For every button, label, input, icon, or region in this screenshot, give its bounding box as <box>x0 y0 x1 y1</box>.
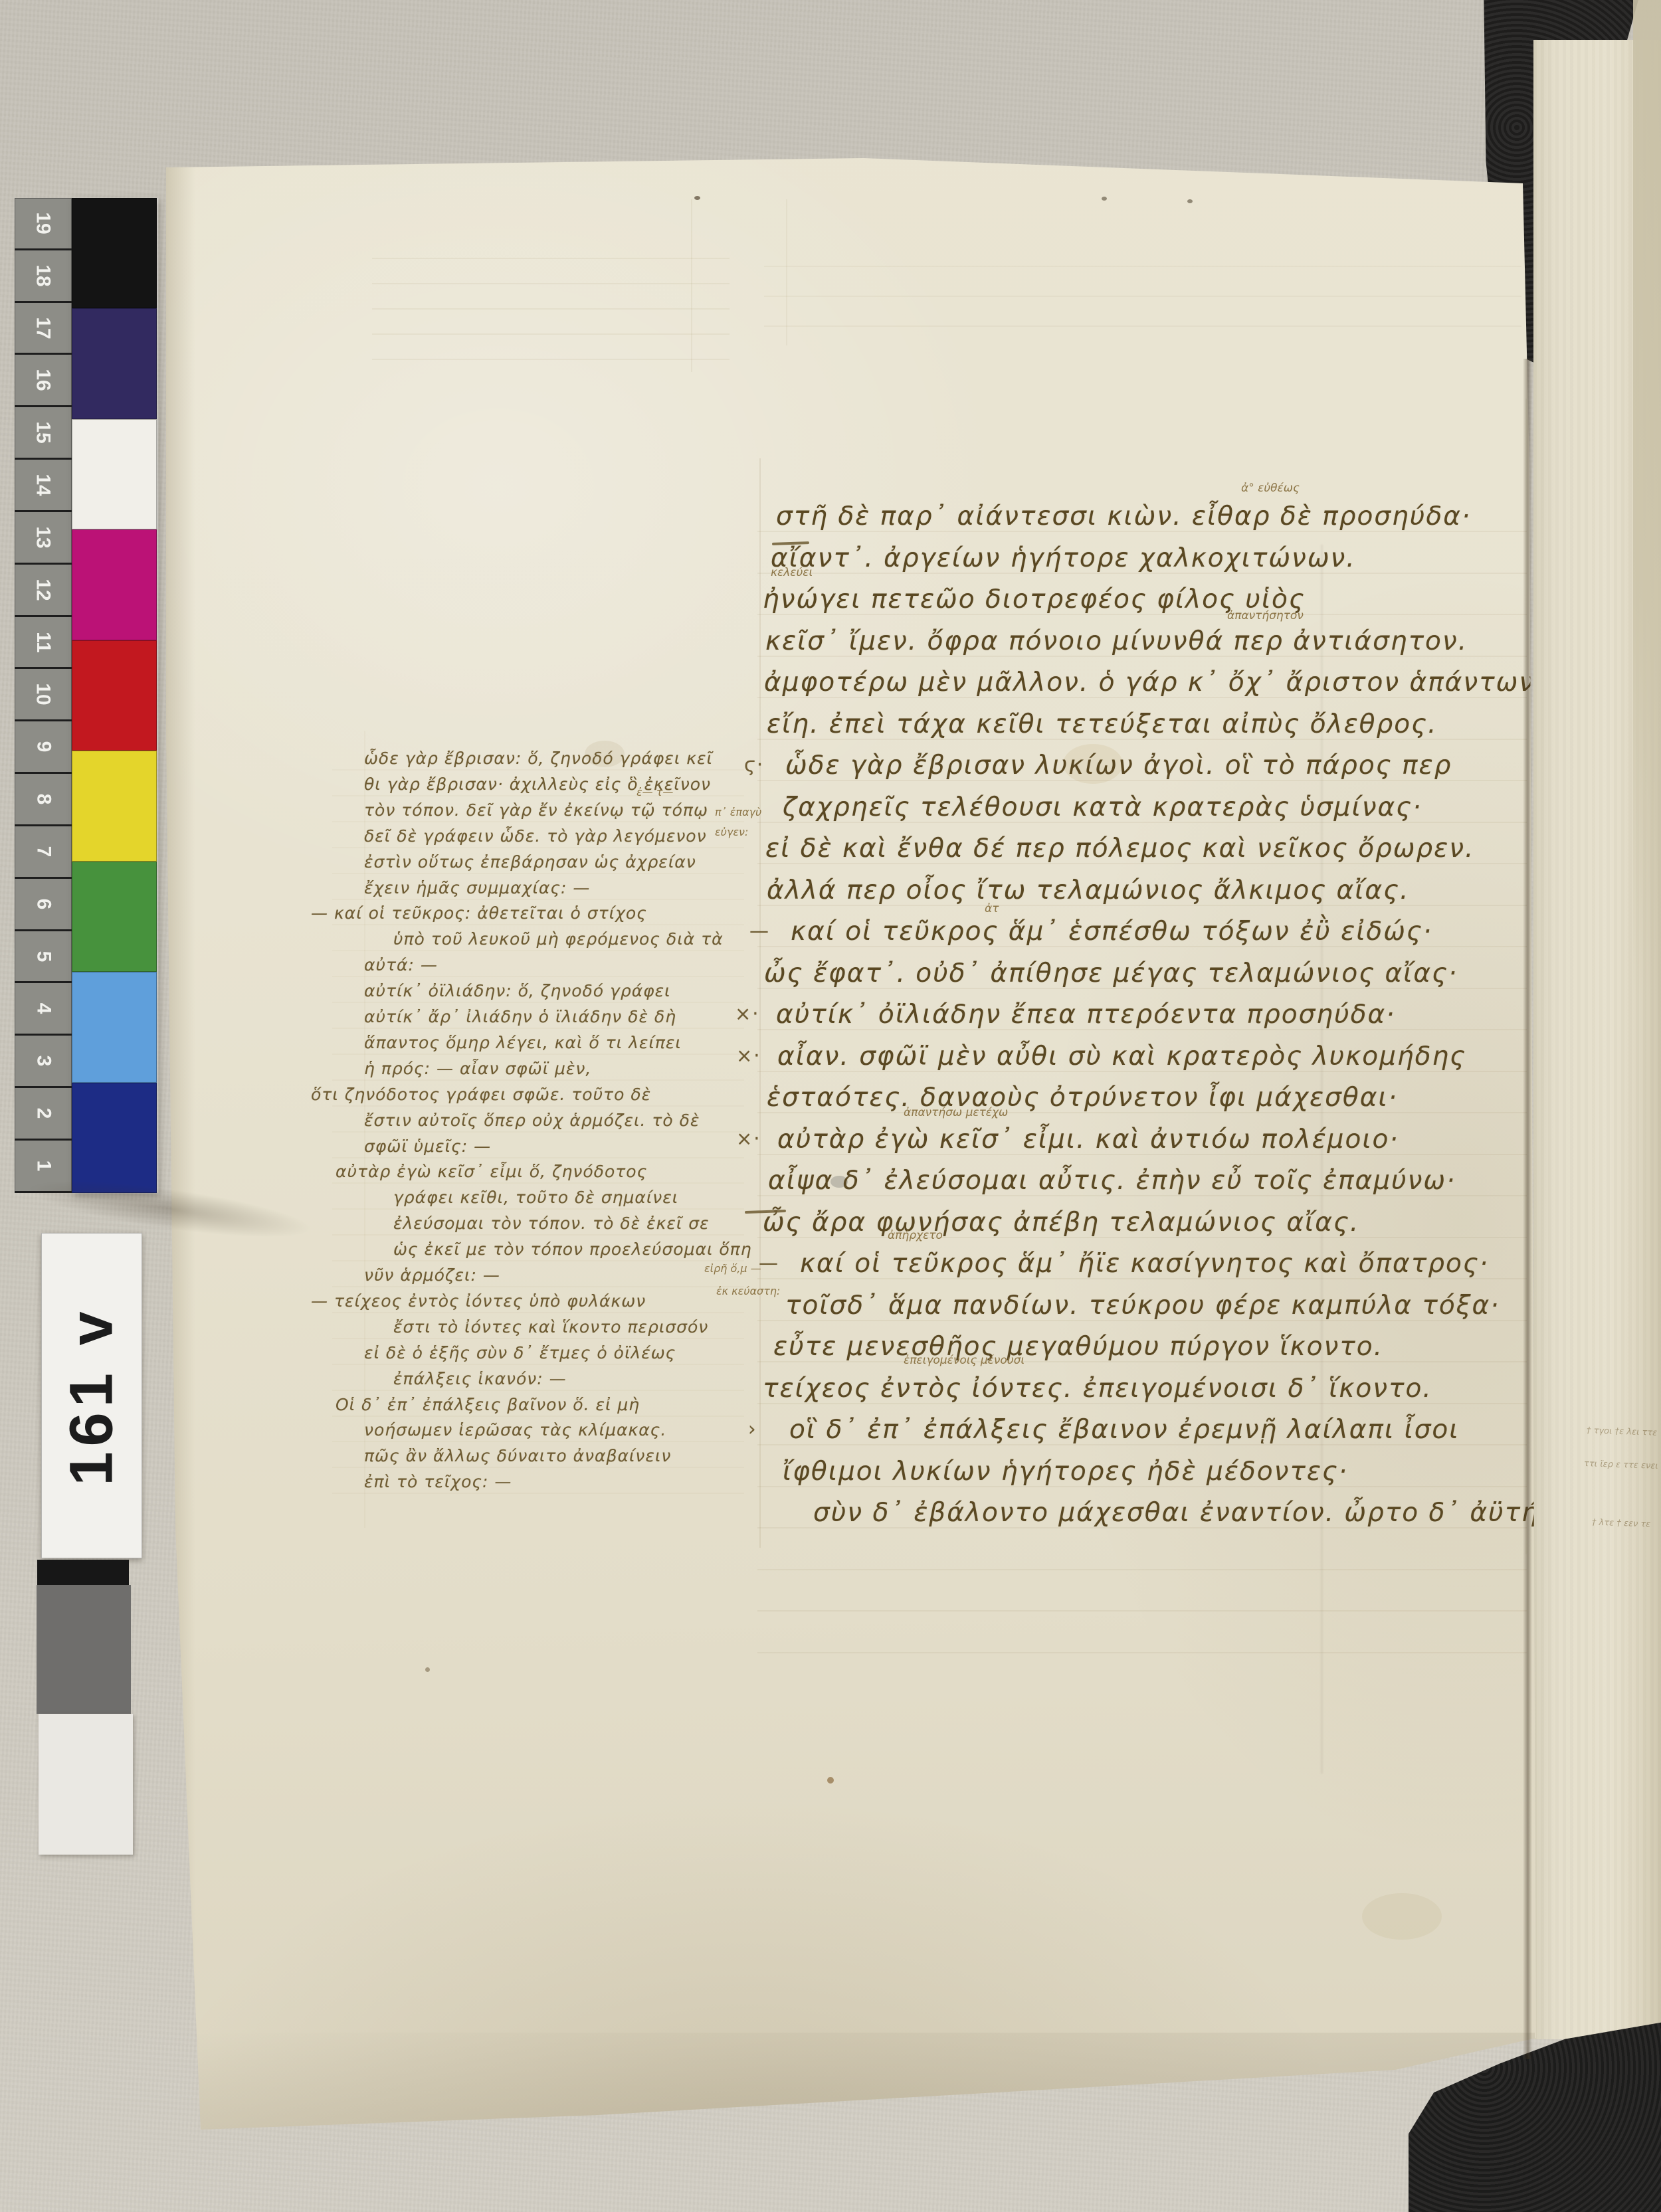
ruler-number: 14 <box>32 474 54 496</box>
interlinear-gloss: ἀτ <box>985 902 999 915</box>
ruling-line-horizontal <box>332 1441 744 1442</box>
main-text-line: ὦς ἄρα φωνήσας ἀπέβη τελαμώνιος αἴας. <box>763 1208 1359 1238</box>
ruling-line-horizontal <box>372 308 730 310</box>
ruling-line-horizontal <box>332 1416 744 1417</box>
calibration-patch <box>72 972 157 1082</box>
ruler-unit: 10 <box>15 669 72 721</box>
ruling-line-horizontal <box>764 266 1521 267</box>
scholia-line: ἐπάλξεις ἱκανόν: — <box>393 1369 567 1388</box>
manuscript-photo: ὧδε γὰρ ἔβρισαν: ὅ, ζηνοδό γράφει κεῖθι … <box>0 0 1661 2212</box>
scholia-line: νῦν ἁρμόζει: — <box>364 1265 500 1285</box>
ruling-line-horizontal <box>332 795 744 796</box>
ruling-line-horizontal <box>332 847 744 848</box>
ruling-line-horizontal <box>372 359 730 360</box>
scholia-line: γράφει κεῖθι, τοῦτο δὲ σημαίνει <box>393 1188 678 1207</box>
color-calibration-patches <box>72 198 157 1193</box>
ruler-unit: 19 <box>15 198 72 250</box>
ruler-unit: 9 <box>15 721 72 774</box>
ruling-line-horizontal <box>332 1131 744 1133</box>
ruling-line-horizontal <box>764 296 1521 297</box>
ruler-number: 1 <box>32 1160 54 1171</box>
ruler-number: 4 <box>32 1003 54 1014</box>
ruler-unit: 6 <box>15 879 72 931</box>
main-text-line: καί οἱ τεῦκρος ἅμ᾽ ἤϊε κασίγνητος καὶ ὄπ… <box>800 1249 1489 1279</box>
stain <box>1187 199 1193 203</box>
calibration-patch <box>72 419 157 529</box>
page-left-shading <box>165 166 195 2132</box>
scholia-line: ἐπὶ τὸ τεῖχος: — <box>364 1472 512 1491</box>
ruler-unit: 16 <box>15 355 72 407</box>
ruler-number: 6 <box>32 898 54 909</box>
ruler-number: 16 <box>32 369 54 391</box>
ruling-line-horizontal <box>372 333 730 335</box>
ruler-number: 18 <box>32 264 54 286</box>
ruling-line-horizontal <box>372 258 730 259</box>
ruling-line-horizontal <box>332 1105 744 1107</box>
ruling-line-horizontal <box>332 924 744 925</box>
interlinear-gloss: ἀπαντήσητον <box>1227 609 1304 622</box>
ruler-number: 3 <box>32 1056 54 1067</box>
ruler-unit: 7 <box>15 826 72 879</box>
ruling-line-horizontal <box>332 1312 744 1313</box>
ruling-line-horizontal <box>332 950 744 951</box>
scholia-line: ἔχειν ἡμᾶς συμμαχίας: — <box>364 878 590 897</box>
ruler-unit: 12 <box>15 565 72 617</box>
margin-gloss-note: εἰρῆ ὅ,μ — <box>704 1262 761 1275</box>
scholia-line: αὐτά: — <box>364 955 438 974</box>
ruler-number: 2 <box>32 1108 54 1119</box>
ruling-line-horizontal <box>332 1364 744 1365</box>
scholia-line: — τείχεος ἐντὸς ἰόντες ὑπὸ φυλάκων <box>311 1291 646 1311</box>
ruler-number: 11 <box>32 632 54 653</box>
ruler-unit: 5 <box>15 931 72 984</box>
main-text-line: εἰ δὲ καὶ ἔνθα δέ περ πόλεμος καὶ νεῖκος… <box>765 834 1474 864</box>
folio-label: 161 v <box>57 1306 127 1485</box>
ruling-line-horizontal <box>332 1467 744 1468</box>
scholia-line: σφῶϊ ὑμεῖς: — <box>364 1137 491 1156</box>
ruling-line-horizontal <box>757 1652 1527 1653</box>
scholia-line: ὧδε γὰρ ἔβρισαν: ὅ, ζηνοδό γράφει κεῖ <box>364 749 713 768</box>
calibration-patch <box>72 529 157 640</box>
main-text-line: εἴη. ἐπεὶ τάχα κεῖθι τετεύξεται αἰπὺς ὄλ… <box>767 709 1437 739</box>
main-text-line: ἑσταότες. δαναοὺς ὀτρύνετον ἶφι μάχεσθαι… <box>767 1083 1398 1113</box>
calibration-patch <box>72 1083 157 1193</box>
ruling-line-horizontal <box>332 873 744 874</box>
ruler-number: 19 <box>32 212 54 234</box>
ruler-unit: 15 <box>15 407 72 460</box>
ruling-line-horizontal <box>332 1208 744 1210</box>
ruling-line-horizontal <box>332 1493 744 1494</box>
ruling-line-horizontal <box>372 283 730 284</box>
grayscale-patch-gray <box>37 1585 131 1714</box>
calibration-patch <box>72 751 157 861</box>
main-text-line: στῆ δὲ παρ᾽ αἰάντεσσι κιὼν. εἶθαρ δὲ προ… <box>776 502 1471 531</box>
fore-edge-note: † λτε † εεν τε <box>1592 1517 1651 1529</box>
main-text-line: αἶαν. σφῶϊ μὲν αὖθι σὺ καὶ κρατερὸς λυκο… <box>777 1042 1466 1071</box>
ruling-line-horizontal <box>332 1028 744 1029</box>
scholia-line: ἔστι τὸ ἰόντες καὶ ἵκοντο περισσόν <box>393 1317 708 1336</box>
main-text-line: τείχεος ἐντὸς ἰόντες. ἐπειγομένοισι δ᾽ ἵ… <box>763 1374 1432 1404</box>
ruler-number: 13 <box>32 526 54 548</box>
book-cover-edge <box>1633 0 1661 996</box>
ruler-number: 12 <box>32 579 54 600</box>
main-text-line: ἠνώγει πετεῶο διοτρεφέος φίλος υἱὸςκελεύ… <box>763 585 1306 614</box>
calibration-patch <box>72 862 157 972</box>
ruler-unit: 2 <box>15 1088 72 1141</box>
page-bottom-shading <box>186 2033 1535 2132</box>
ruling-line-horizontal <box>332 1338 744 1339</box>
stain <box>694 196 700 200</box>
main-text-line: ἀμφοτέρω μὲν μᾶλλον. ὁ γάρ κ᾽ ὄχ᾽ ἄριστο… <box>764 668 1535 697</box>
scholia-line: αὐτίκ᾽ ἄρ᾽ ἰλιάδην ὁ ϊλιάδην δὲ δὴ <box>364 1007 676 1026</box>
ruling-line-horizontal <box>332 976 744 977</box>
ruler-number: 5 <box>32 951 54 962</box>
ruling-line-horizontal <box>332 1286 744 1287</box>
ruler-unit: 3 <box>15 1036 72 1088</box>
main-text-line: ὦς ἔφατ᾽. οὐδ᾽ ἀπίθησε μέγας τελαμώνιος … <box>764 959 1458 988</box>
main-text-line: αἶψα δ᾽ ἐλεύσομαι αὖτις. ἐπὴν εὖ τοῖς ἐπ… <box>768 1166 1456 1196</box>
stain <box>1362 1893 1442 1940</box>
interlinear-gloss: ἀπήρχετο <box>888 1229 943 1242</box>
scholia-line: ἅπαντος ὅμηρ λέγει, καὶ ὅ τι λείπει <box>364 1033 682 1052</box>
scholia-line: αὐτὰρ ἐγὼ κεῖσ᾽ εἶμι ὅ, ζηνόδοτος <box>336 1162 647 1181</box>
ruling-line-horizontal <box>332 1054 744 1055</box>
main-text-line: καί οἱ τεῦκρος ἅμ᾽ ἑσπέσθω τόξων ἐῢ εἰδώ… <box>791 917 1432 947</box>
scholia-line: ὡς ἐκεῖ με τὸν τόπον προελεύσομαι ὅπη <box>393 1240 752 1259</box>
stain <box>425 1667 430 1672</box>
critical-sign: ×· <box>736 1127 761 1150</box>
interlinear-gloss: ἐπειγομένοις μένουσι <box>904 1354 1025 1367</box>
ruler-number: 15 <box>32 422 54 444</box>
scholia-line: ἡ πρός: — αἶαν σφῶϊ μὲν, <box>364 1059 591 1078</box>
ruler-number: 17 <box>32 317 54 339</box>
interlinear-gloss: ἀ° εὐθέως <box>1241 482 1300 495</box>
scholia-line: ἐστὶν οὕτως ἐπεβάρησαν ὡς ἀχρείαν <box>364 852 696 872</box>
gutter-shadow <box>1523 359 1532 2059</box>
scholia-line: αὐτίκ᾽ ὀϊλιάδην: ὅ, ζηνοδό γράφει <box>364 981 671 1000</box>
critical-sign: ϛ· <box>744 753 764 776</box>
ruling-line-horizontal <box>332 1002 744 1003</box>
main-text-line: ἴφθιμοι λυκίων ἡγήτορες ἠδὲ μέδοντες· <box>783 1457 1348 1487</box>
critical-sign: › <box>748 1418 757 1440</box>
ruler-unit: 17 <box>15 303 72 355</box>
scholia-line: νοήσωμεν ἱερῶσας τὰς κλίμακας. <box>364 1420 666 1439</box>
calibration-patch <box>72 198 157 308</box>
ruler-number: 9 <box>32 741 54 753</box>
margin-gloss-note: π᾽ ἐπαγὺ <box>715 806 761 818</box>
ruling-line-vertical <box>786 199 787 345</box>
stain <box>1102 197 1107 201</box>
ruling-line-horizontal <box>332 1390 744 1391</box>
ruling-line-horizontal <box>332 1079 744 1081</box>
ruler-unit: 14 <box>15 460 72 512</box>
critical-sign: — <box>759 1251 779 1274</box>
calibration-patch <box>72 308 157 418</box>
ruler-unit: 13 <box>15 512 72 565</box>
calibration-ruler: 19181716151413121110987654321 <box>15 198 72 1193</box>
scholia-line: δεῖ δὲ γράφειν ὧδε. τὸ γὰρ λεγόμενον <box>364 826 707 846</box>
ruling-line-horizontal <box>332 1260 744 1261</box>
ruling-line-horizontal <box>332 1157 744 1158</box>
ruling-line-vertical <box>691 199 692 372</box>
ruler-unit: 4 <box>15 983 72 1036</box>
main-text-line: αὐτὰρ ἐγὼ κεῖσ᾽ εἶμι. καὶ ἀντιόω πολέμοι… <box>777 1125 1399 1154</box>
margin-gloss-note: ἐκ κεύαστη: <box>716 1285 780 1297</box>
margin-gloss-note: εὐγεν: <box>715 826 748 838</box>
scholia-line: τὸν τόπον. δεῖ γὰρ ἔν ἐκείνῳ τῷ τόπῳ <box>364 800 708 820</box>
ruling-line-horizontal <box>757 1610 1527 1612</box>
main-text-line: εὖτε μενεσθῆος μεγαθύμου πύργον ἵκοντο. <box>773 1332 1383 1362</box>
critical-sign: ×· <box>736 1044 761 1067</box>
ruler-unit: 8 <box>15 774 72 826</box>
scholia-line: ἔστιν αὐτοῖς ὅπερ οὐχ ἁρμόζει. τὸ δὲ <box>364 1111 700 1130</box>
ruler-number: 7 <box>32 846 54 858</box>
scholia-line: Οἱ δ᾽ ἐπ᾽ ἐπάλξεις βαῖνον ὅ. εἰ μὴ <box>336 1395 640 1414</box>
main-text-line: ζαχρηεῖς τελέθουσι κατὰ κρατερὰς ὑσμίνας… <box>783 792 1422 822</box>
ruling-line-horizontal <box>332 899 744 900</box>
scholia-line: — καί οἱ τεῦκρος: ἀθετεῖται ὁ στίχος <box>311 903 647 923</box>
stain <box>827 1777 834 1784</box>
folio-label-card: 161 v <box>41 1233 142 1558</box>
ruler-number: 8 <box>32 794 54 805</box>
critical-sign: ×· <box>735 1002 760 1025</box>
calibration-patch <box>72 640 157 751</box>
margin-gloss-note: ἐ— τ— <box>636 786 673 798</box>
ruler-unit: 18 <box>15 250 72 303</box>
main-text-line: αὐτίκ᾽ ὀϊλιάδην ἔπεα πτερόεντα προσηύδα·… <box>776 1000 1396 1030</box>
main-text-line: κεῖσ᾽ ἴμεν. ὄφρα πόνοιο μίνυνθά περ ἀντι… <box>765 626 1468 656</box>
interlinear-gloss: ἀπαντήσω μετέχω <box>904 1106 1008 1119</box>
grayscale-patch-white <box>39 1714 133 1855</box>
main-text-line: σὺν δ᾽ ἐβάλοντο μάχεσθαι ἐναντίον. ὦρτο … <box>813 1498 1549 1528</box>
main-text-line: ὧδε γὰρ ἔβρισαν λυκίων ἀγοὶ. οἳ τὸ πάρος… <box>785 751 1452 781</box>
grayscale-patch-black <box>37 1560 129 1585</box>
main-text-line: τοῖσδ᾽ ἅμα πανδίων. τεύκρου φέρε καμπύλα… <box>785 1291 1500 1321</box>
ruler-unit: 11 <box>15 617 72 670</box>
main-text-line: οἳ δ᾽ ἐπ᾽ ἐπάλξεις ἔβαινον ἐρεμνῇ λαίλαπ… <box>789 1415 1459 1445</box>
interlinear-gloss: κελεύει <box>771 566 813 579</box>
critical-sign: — <box>749 919 770 942</box>
ruling-line-horizontal <box>332 769 744 771</box>
scholia-line: εἰ δὲ ὁ ἑξῆς σὺν δ᾽ ἔτμες ὁ ὀϊλέως <box>364 1343 676 1362</box>
ruler-number: 10 <box>32 684 54 705</box>
ruling-line-horizontal <box>332 821 744 822</box>
ruling-line-horizontal <box>332 1234 744 1236</box>
main-text-line: αἴαντ᾽. ἀργείων ἡγήτορε χαλκοχιτώνων. <box>771 543 1356 573</box>
scholia-line: ἐλεύσομαι τὸν τόπον. τὸ δὲ ἐκεῖ σε <box>393 1214 710 1233</box>
scholia-line: πῶς ἂν ἄλλως δύναιτο ἀναβαίνειν <box>364 1446 671 1465</box>
main-text-line: ἀλλά περ οἶος ἴτω τελαμώνιος ἄλκιμος αἴα… <box>767 876 1409 905</box>
scholia-line: ὅτι ζηνόδοτος γράφει σφῶε. τοῦτο δὲ <box>311 1085 651 1104</box>
scholia-line: ὑπὸ τοῦ λευκοῦ μὴ φερόμενος διὰ τὰ <box>393 929 724 949</box>
ruling-line-horizontal <box>757 1569 1527 1570</box>
ruling-line-horizontal <box>764 325 1521 327</box>
parchment-page: ὧδε γὰρ ἔβρισαν: ὅ, ζηνοδό γράφει κεῖθι … <box>0 0 1661 2212</box>
ruling-line-horizontal <box>332 1182 744 1184</box>
